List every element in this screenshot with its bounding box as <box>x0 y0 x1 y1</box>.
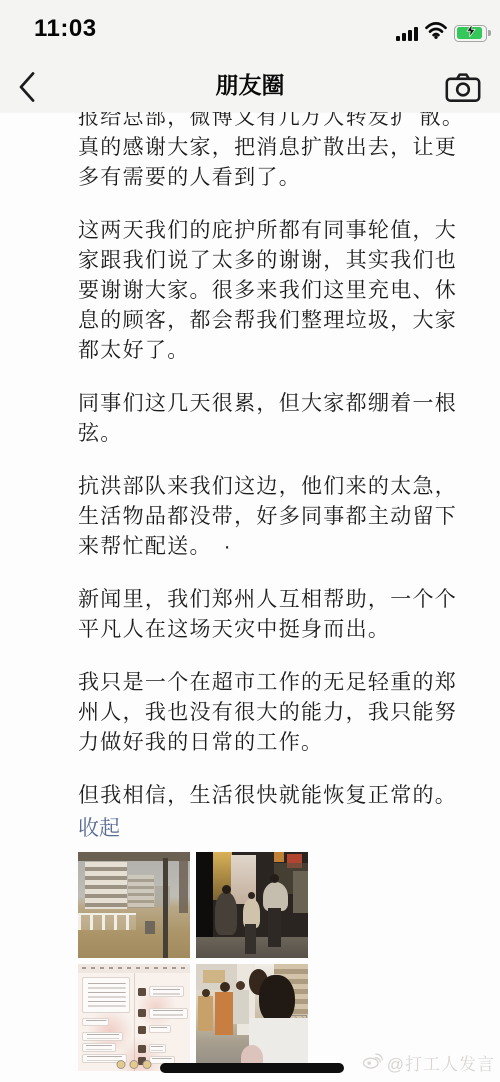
watermark-handle: @打工人发言 <box>387 1050 495 1075</box>
art <box>128 875 154 908</box>
store-entrance-photo[interactable] <box>196 852 308 958</box>
art <box>82 967 185 969</box>
post-paragraph: 同事们这几天很累，但大家都绷着一根 弦。 <box>78 389 474 449</box>
nav-bar: 朋友圈 <box>0 60 500 112</box>
supermarket-shoppers-photo[interactable] <box>196 964 308 1071</box>
flooded-street-photo[interactable] <box>78 852 190 958</box>
page-title: 朋友圈 <box>0 60 500 112</box>
art <box>222 885 231 894</box>
moment-post: 报给总部，微博又有几万人转发扩 散。 真的感谢大家，把消息扩散出去，让更 多有需… <box>78 103 474 1071</box>
art <box>263 882 288 912</box>
post-paragraph: 新闻里，我们郑州人互相帮助，一个个 平凡人在这场天灾中挺身而出。 <box>78 585 474 645</box>
art <box>138 1026 146 1034</box>
post-paragraph: 报给总部，微博又有几万人转发扩 散。 真的感谢大家，把消息扩散出去，让更 多有需… <box>78 103 474 193</box>
art <box>82 977 130 1013</box>
art <box>149 1008 188 1020</box>
art <box>274 852 284 862</box>
photo-grid <box>78 852 474 1071</box>
art <box>248 892 255 899</box>
art <box>203 970 225 983</box>
art <box>149 1044 167 1052</box>
camera-icon <box>445 72 481 103</box>
art <box>82 1043 115 1051</box>
art <box>198 996 213 1031</box>
art <box>117 1060 152 1069</box>
art <box>149 986 185 997</box>
art <box>233 990 249 1024</box>
redaction-bar <box>160 1063 344 1073</box>
art <box>215 892 237 934</box>
art <box>245 924 256 954</box>
art <box>138 1045 146 1053</box>
post-paragraph: 这两天我们的庇护所都有同事轮值，大 家跟我们说了太多的谢谢，其实我们也 要谢谢大… <box>78 216 474 366</box>
status-icons <box>396 22 487 44</box>
wifi-icon <box>425 22 447 44</box>
art <box>215 992 233 1035</box>
art <box>78 913 136 931</box>
post-paragraph: 我只是一个在超市工作的无足轻重的郑 州人，我也没有很大的能力，我只能努 力做好我… <box>78 668 474 758</box>
battery-charging-icon <box>454 25 487 42</box>
chat-screenshot-photo[interactable] <box>78 964 190 1071</box>
watermark: @打工人发言 <box>362 1050 495 1075</box>
art <box>293 871 308 913</box>
art <box>202 989 210 997</box>
post-paragraph: 抗洪部队来我们这边，他们来的太急， 生活物品都没带，好多同事都主动留下 来帮忙配… <box>78 472 474 562</box>
art <box>163 858 168 958</box>
weibo-logo-icon <box>362 1051 383 1074</box>
header: 11:03 <box>0 0 500 112</box>
art <box>82 1018 109 1026</box>
camera-button[interactable] <box>444 69 482 105</box>
art <box>149 1025 171 1033</box>
collapse-link[interactable]: 收起 <box>78 814 120 844</box>
art <box>78 852 190 861</box>
status-bar: 11:03 <box>0 0 500 60</box>
art <box>220 982 230 992</box>
art <box>82 1032 122 1040</box>
post-paragraph: 但我相信，生活很快就能恢复正常的。 <box>78 781 474 811</box>
art <box>179 852 188 913</box>
art <box>85 862 128 910</box>
collapse-row: 收起 <box>78 814 474 844</box>
art <box>138 988 146 996</box>
art <box>145 921 155 934</box>
art <box>268 908 281 947</box>
clock: 11:03 <box>34 15 97 43</box>
cellular-signal-icon <box>396 26 418 41</box>
art <box>138 1009 146 1017</box>
